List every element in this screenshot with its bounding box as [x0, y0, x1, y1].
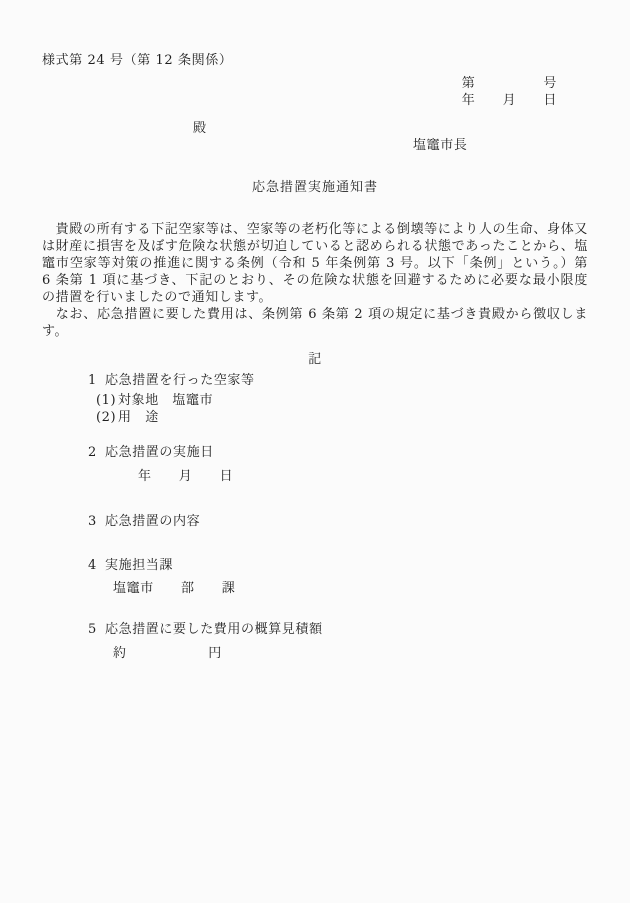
section-4: 4実施担当課 塩竈市 部 課: [42, 557, 588, 597]
section-4-department-blank: 塩竈市 部 課: [113, 580, 588, 597]
form-number: 様式第 24 号（第 12 条関係）: [42, 52, 588, 69]
section-3: 3応急措置の内容: [42, 513, 588, 530]
document-page: 様式第 24 号（第 12 条関係） 第 号 年 月 日 殿 塩竈市長 応急措置…: [0, 0, 630, 903]
section-1-item-1-text: 対象地 塩竈市: [118, 393, 213, 408]
section-3-number: 3: [88, 513, 105, 530]
section-1-item-2-label: (2): [96, 409, 118, 426]
sender-name: 塩竈市長: [413, 137, 588, 154]
section-1-heading: 応急措置を行った空家等: [105, 373, 255, 388]
body-paragraph-2: なお、応急措置に要した費用は、条例第 6 条第 2 項の規定に基づき貴殿から徴収…: [42, 306, 588, 340]
section-1-item-2: (2)用 途: [96, 409, 588, 426]
section-1-item-2-text: 用 途: [118, 410, 159, 425]
section-5-heading-line: 5応急措置に要した費用の概算見積額: [88, 621, 588, 638]
reference-block: 第 号 年 月 日: [42, 75, 588, 109]
section-5: 5応急措置に要した費用の概算見積額 約 円: [42, 621, 588, 662]
addressee-honorific: 殿: [193, 120, 588, 137]
section-4-heading: 実施担当課: [105, 558, 173, 573]
section-1-item-1: (1)対象地 塩竈市: [96, 392, 588, 409]
section-3-heading: 応急措置の内容: [105, 514, 200, 529]
body-text: 貴殿の所有する下記空家等は、空家等の老朽化等による倒壊等により人の生命、身体又は…: [42, 221, 588, 340]
section-1-heading-line: 1応急措置を行った空家等: [88, 372, 588, 389]
section-5-heading: 応急措置に要した費用の概算見積額: [105, 622, 323, 637]
section-2-heading-line: 2応急措置の実施日: [88, 444, 588, 461]
section-4-heading-line: 4実施担当課: [88, 557, 588, 574]
section-3-heading-line: 3応急措置の内容: [88, 513, 588, 530]
section-1: 1応急措置を行った空家等 (1)対象地 塩竈市 (2)用 途: [42, 372, 588, 426]
document-title: 応急措置実施通知書: [42, 179, 588, 196]
section-2-date-blank: 年 月 日: [138, 468, 588, 485]
section-1-number: 1: [88, 372, 105, 389]
doc-number-line: 第 号: [42, 75, 557, 92]
record-marker: 記: [42, 351, 588, 368]
section-4-number: 4: [88, 557, 105, 574]
date-line: 年 月 日: [42, 92, 557, 109]
section-2: 2応急措置の実施日 年 月 日: [42, 444, 588, 485]
body-paragraph-1: 貴殿の所有する下記空家等は、空家等の老朽化等による倒壊等により人の生命、身体又は…: [42, 221, 588, 306]
section-1-item-1-label: (1): [96, 392, 118, 409]
section-2-number: 2: [88, 444, 105, 461]
section-5-number: 5: [88, 621, 105, 638]
section-5-amount-blank: 約 円: [113, 645, 588, 662]
section-2-heading: 応急措置の実施日: [105, 445, 214, 460]
